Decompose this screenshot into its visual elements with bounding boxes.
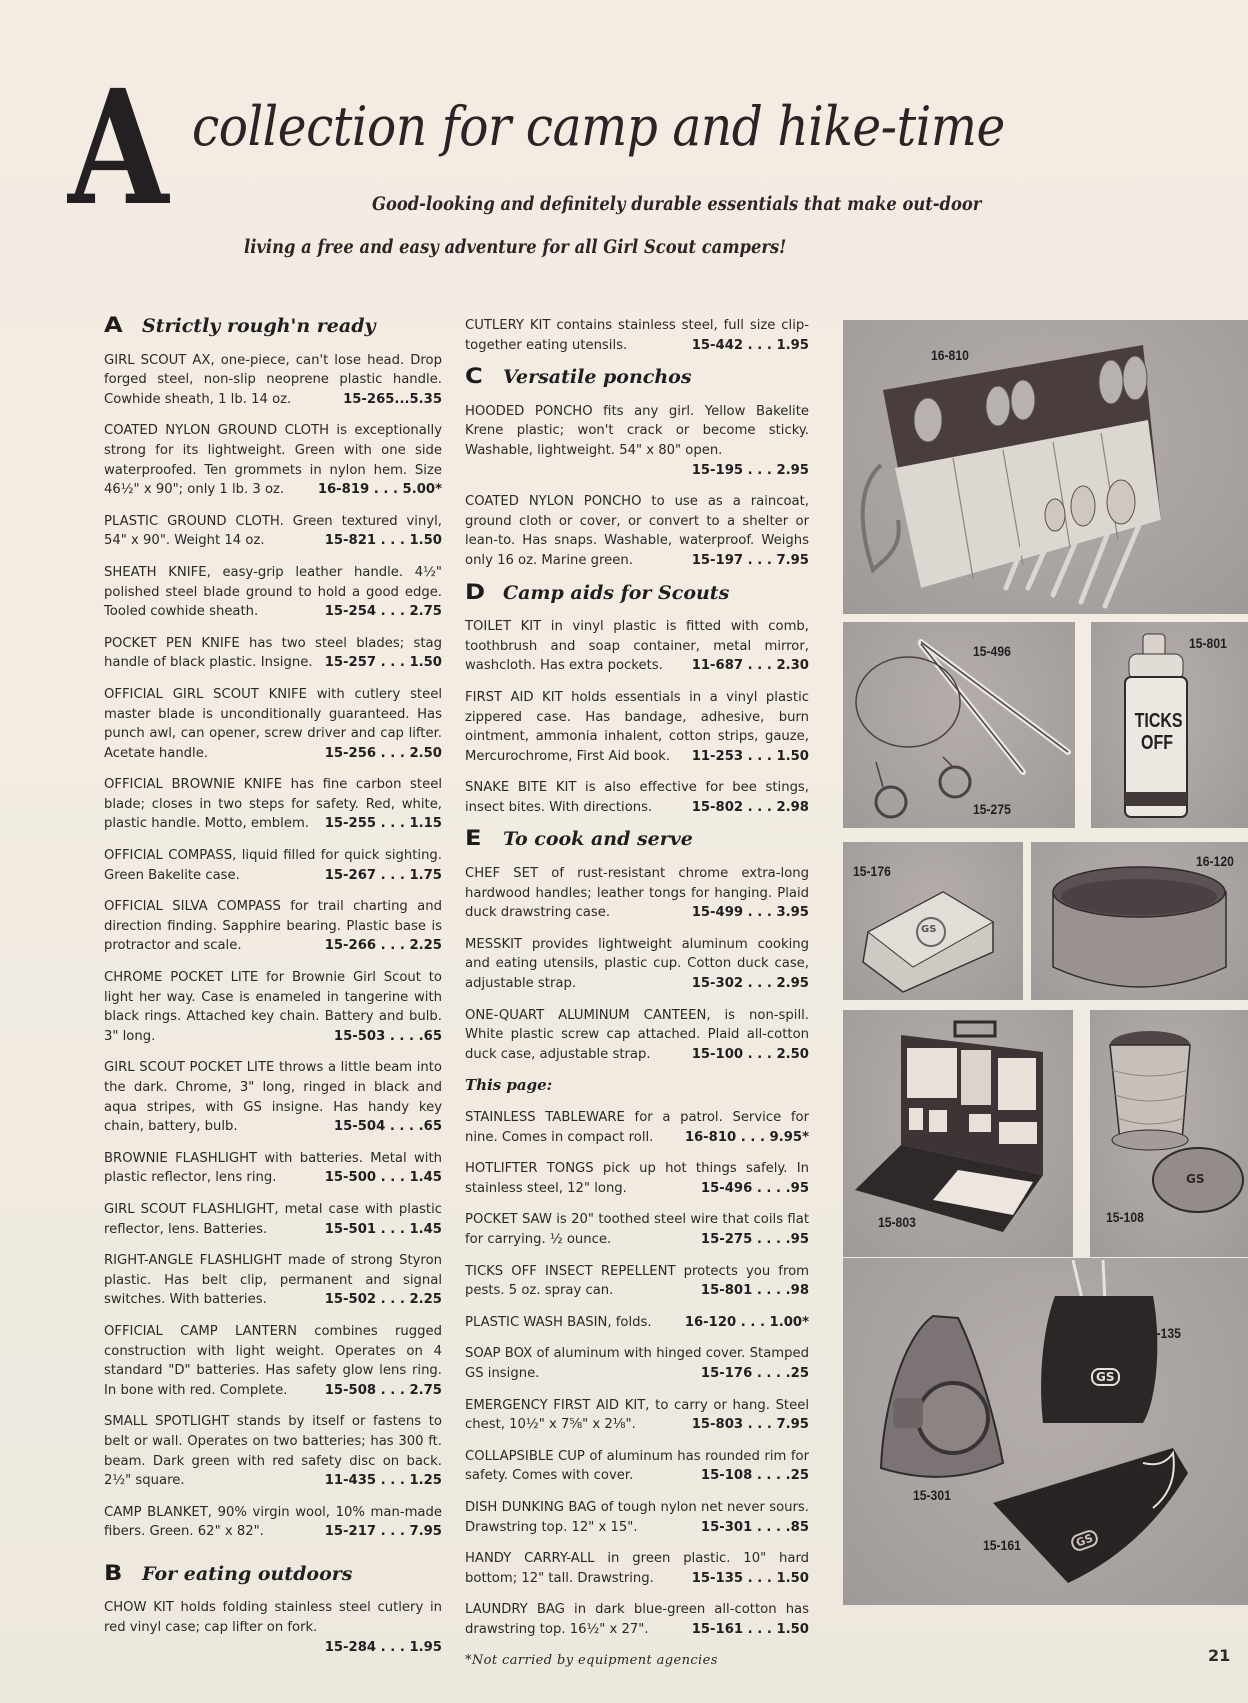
photo-tableware: 16-810 <box>843 320 1248 614</box>
item-code-price: 15-266 . . . 2.25 <box>325 936 442 956</box>
gs-emblem: GS <box>921 924 936 935</box>
section-letter: E <box>465 829 490 849</box>
catalog-item: CHROME POCKET LITE for Brownie Girl Scou… <box>104 968 442 1046</box>
catalog-item: TICKS OFF INSECT REPELLENT protects you … <box>465 1262 809 1301</box>
item-code-price: 15-802 . . . 2.98 <box>692 798 809 818</box>
item-code-price: 15-284 . . . 1.95 <box>325 1638 442 1658</box>
gs-emblem: GS <box>1186 1172 1205 1186</box>
section-e-heading: E To cook and serve <box>465 829 809 850</box>
item-description: HOODED PONCHO fits any girl. Yellow Bake… <box>465 404 809 458</box>
section-e-items: CHEF SET of rust-resistant chrome extra-… <box>465 864 809 1064</box>
section-title: Strictly rough'n ready <box>142 317 376 337</box>
catalog-item: HOTLIFTER TONGS pick up hot things safel… <box>465 1159 809 1198</box>
item-code-price: 15-803 . . . 7.95 <box>692 1415 809 1435</box>
catalog-item: GIRL SCOUT AX, one-piece, can't lose hea… <box>104 351 442 410</box>
catalog-item: CHEF SET of rust-resistant chrome extra-… <box>465 864 809 923</box>
photo-bags: 15-301 15-135 15-161 GS GS <box>843 1258 1248 1605</box>
item-code-price: 15-496 . . . .95 <box>701 1179 809 1199</box>
catalog-item: COATED NYLON PONCHO to use as a raincoat… <box>465 492 809 570</box>
section-title: For eating outdoors <box>142 1565 352 1585</box>
item-code-price: 15-100 . . . 2.50 <box>692 1045 809 1065</box>
item-code-price: 15-265...5.35 <box>343 390 442 410</box>
photo-wash-basin: 16-120 <box>1031 842 1248 1000</box>
catalog-item: GIRL SCOUT FLASHLIGHT, metal case with p… <box>104 1200 442 1239</box>
section-title: Versatile ponchos <box>503 368 692 388</box>
drop-cap: A <box>68 70 169 228</box>
catalog-item: SHEATH KNIFE, easy-grip leather handle. … <box>104 563 442 622</box>
item-code-price: 15-503 . . . .65 <box>334 1027 442 1047</box>
catalog-item: HOODED PONCHO fits any girl. Yellow Bake… <box>465 402 809 480</box>
section-c-heading: C Versatile ponchos <box>465 367 809 388</box>
section-a-items: GIRL SCOUT AX, one-piece, can't lose hea… <box>104 351 442 1542</box>
item-code-price: 15-256 . . . 2.50 <box>325 744 442 764</box>
catalog-item: FIRST AID KIT holds essentials in a viny… <box>465 688 809 766</box>
tongs-and-saw-icon <box>843 622 1075 828</box>
catalog-item: HANDY CARRY-ALL in green plastic. 10" ha… <box>465 1549 809 1588</box>
catalog-item: PLASTIC GROUND CLOTH. Green textured vin… <box>104 512 442 551</box>
item-code-price: 15-176 . . . .25 <box>701 1364 809 1384</box>
item-code-price: 16-810 . . . 9.95* <box>685 1128 809 1148</box>
catalog-item: COLLAPSIBLE CUP of aluminum has rounded … <box>465 1447 809 1486</box>
catalog-item: MESSKIT provides lightweight aluminum co… <box>465 935 809 994</box>
item-code-price: 15-301 . . . .85 <box>701 1518 809 1538</box>
catalog-item: POCKET PEN KNIFE has two steel blades; s… <box>104 634 442 673</box>
left-column: A Strictly rough'n ready GIRL SCOUT AX, … <box>104 316 442 1669</box>
catalog-item: OFFICIAL BROWNIE KNIFE has fine carbon s… <box>104 775 442 834</box>
catalog-page: A collection for camp and hike-time Good… <box>0 0 1248 1703</box>
item-code-price: 15-500 . . . 1.45 <box>325 1168 442 1188</box>
photo-collapsible-cup: 15-108 GS <box>1090 1010 1248 1257</box>
catalog-item: RIGHT-ANGLE FLASHLIGHT made of strong St… <box>104 1251 442 1310</box>
item-description: PLASTIC WASH BASIN, folds. <box>465 1315 652 1330</box>
cutlery-roll-icon <box>843 320 1248 614</box>
photo-tongs-saw: 15-496 15-275 <box>843 622 1075 828</box>
section-a-heading: A Strictly rough'n ready <box>104 316 442 337</box>
catalog-item: CAMP BLANKET, 90% virgin wool, 10% man-m… <box>104 1503 442 1542</box>
catalog-item: OFFICIAL CAMP LANTERN combines rugged co… <box>104 1322 442 1400</box>
section-letter: D <box>465 583 490 603</box>
catalog-item: GIRL SCOUT POCKET LITE throws a little b… <box>104 1058 442 1136</box>
section-c-items: HOODED PONCHO fits any girl. Yellow Bake… <box>465 402 809 571</box>
photo-soap-box: 15-176 GS <box>843 842 1023 1000</box>
gs-emblem: GS <box>1091 1368 1120 1386</box>
can-label: TICKS OFF <box>1135 710 1180 754</box>
section-letter: A <box>104 316 129 336</box>
item-code-price: 16-120 . . . 1.00* <box>685 1313 809 1333</box>
catalog-item: OFFICIAL SILVA COMPASS for trail chartin… <box>104 897 442 956</box>
section-b-items-continued: CUTLERY KIT contains stainless steel, fu… <box>465 316 809 355</box>
soap-box-icon <box>843 842 1023 1000</box>
catalog-item: POCKET SAW is 20" toothed steel wire tha… <box>465 1210 809 1249</box>
catalog-item: LAUNDRY BAG in dark blue-green all-cotto… <box>465 1600 809 1639</box>
section-title: To cook and serve <box>503 830 693 850</box>
catalog-item: CHOW KIT holds folding stainless steel c… <box>104 1598 442 1657</box>
section-title: Camp aids for Scouts <box>503 584 729 604</box>
item-code-price: 11-253 . . . 1.50 <box>692 747 809 767</box>
catalog-item: SMALL SPOTLIGHT stands by itself or fast… <box>104 1412 442 1490</box>
catalog-item: OFFICIAL GIRL SCOUT KNIFE with cutlery s… <box>104 685 442 763</box>
catalog-item: OFFICIAL COMPASS, liquid filled for quic… <box>104 846 442 885</box>
middle-column: CUTLERY KIT contains stainless steel, fu… <box>465 316 809 1671</box>
section-d-heading: D Camp aids for Scouts <box>465 583 809 604</box>
item-code-price: 15-504 . . . .65 <box>334 1117 442 1137</box>
item-code-price: 16-819 . . . 5.00* <box>318 480 442 500</box>
item-code-price: 15-275 . . . .95 <box>701 1230 809 1250</box>
item-code-price: 15-161 . . . 1.50 <box>692 1620 809 1640</box>
wash-basin-icon <box>1031 842 1248 1000</box>
section-letter: B <box>104 1564 129 1584</box>
item-code-price: 15-267 . . . 1.75 <box>325 866 442 886</box>
first-aid-kit-icon <box>843 1010 1073 1257</box>
item-code-price: 15-499 . . . 3.95 <box>692 903 809 923</box>
item-code-price: 15-502 . . . 2.25 <box>325 1290 442 1310</box>
item-code-price: 15-255 . . . 1.15 <box>325 814 442 834</box>
catalog-item: EMERGENCY FIRST AID KIT, to carry or han… <box>465 1396 809 1435</box>
collapsible-cup-icon <box>1090 1010 1248 1257</box>
subtitle-line-2: living a free and easy adventure for all… <box>244 236 786 258</box>
catalog-item: ONE-QUART ALUMINUM CANTEEN, is non-spill… <box>465 1006 809 1065</box>
item-code-price: 15-217 . . . 7.95 <box>325 1522 442 1542</box>
item-code-price: 15-197 . . . 7.95 <box>692 551 809 571</box>
catalog-item: SNAKE BITE KIT is also effective for bee… <box>465 778 809 817</box>
item-code-price: 15-135 . . . 1.50 <box>692 1569 809 1589</box>
section-b-heading: B For eating outdoors <box>104 1564 442 1585</box>
section-b-items: CHOW KIT holds folding stainless steel c… <box>104 1598 442 1657</box>
this-page-heading: This page: <box>465 1076 809 1096</box>
item-code-price: 15-501 . . . 1.45 <box>325 1220 442 1240</box>
subtitle-line-1: Good-looking and definitely durable esse… <box>372 193 981 215</box>
item-description: CHOW KIT holds folding stainless steel c… <box>104 1600 442 1635</box>
item-code-price: 15-195 . . . 2.95 <box>692 461 809 481</box>
photo-ticks-off: 15-801 TICKS OFF <box>1091 622 1248 828</box>
item-code-price: 15-302 . . . 2.95 <box>692 974 809 994</box>
footnote: *Not carried by equipment agencies <box>465 1651 809 1671</box>
item-code-price: 15-508 . . . 2.75 <box>325 1381 442 1401</box>
bags-icon <box>843 1258 1248 1605</box>
item-code-price: 11-435 . . . 1.25 <box>325 1471 442 1491</box>
catalog-item: STAINLESS TABLEWARE for a patrol. Servic… <box>465 1108 809 1147</box>
catalog-item: BROWNIE FLASHLIGHT with batteries. Metal… <box>104 1149 442 1188</box>
catalog-item: CUTLERY KIT contains stainless steel, fu… <box>465 316 809 355</box>
catalog-item: TOILET KIT in vinyl plastic is fitted wi… <box>465 617 809 676</box>
item-code-price: 15-257 . . . 1.50 <box>325 653 442 673</box>
page-number: 21 <box>1208 1646 1230 1665</box>
catalog-item: PLASTIC WASH BASIN, folds. 16-120 . . . … <box>465 1313 809 1333</box>
catalog-item: COATED NYLON GROUND CLOTH is exceptional… <box>104 421 442 499</box>
photo-first-aid-kit: 15-803 <box>843 1010 1073 1257</box>
page-title: collection for camp and hike-time <box>192 100 1005 154</box>
item-code-price: 15-801 . . . .98 <box>701 1281 809 1301</box>
this-page-items: STAINLESS TABLEWARE for a patrol. Servic… <box>465 1108 809 1639</box>
catalog-item: SOAP BOX of aluminum with hinged cover. … <box>465 1344 809 1383</box>
item-code-price: 15-254 . . . 2.75 <box>325 602 442 622</box>
catalog-item: DISH DUNKING BAG of tough nylon net neve… <box>465 1498 809 1537</box>
section-letter: C <box>465 367 490 387</box>
section-d-items: TOILET KIT in vinyl plastic is fitted wi… <box>465 617 809 817</box>
item-code-price: 15-442 . . . 1.95 <box>692 336 809 356</box>
item-code-price: 15-108 . . . .25 <box>701 1466 809 1486</box>
item-code-price: 15-821 . . . 1.50 <box>325 531 442 551</box>
item-code-price: 11-687 . . . 2.30 <box>692 656 809 676</box>
